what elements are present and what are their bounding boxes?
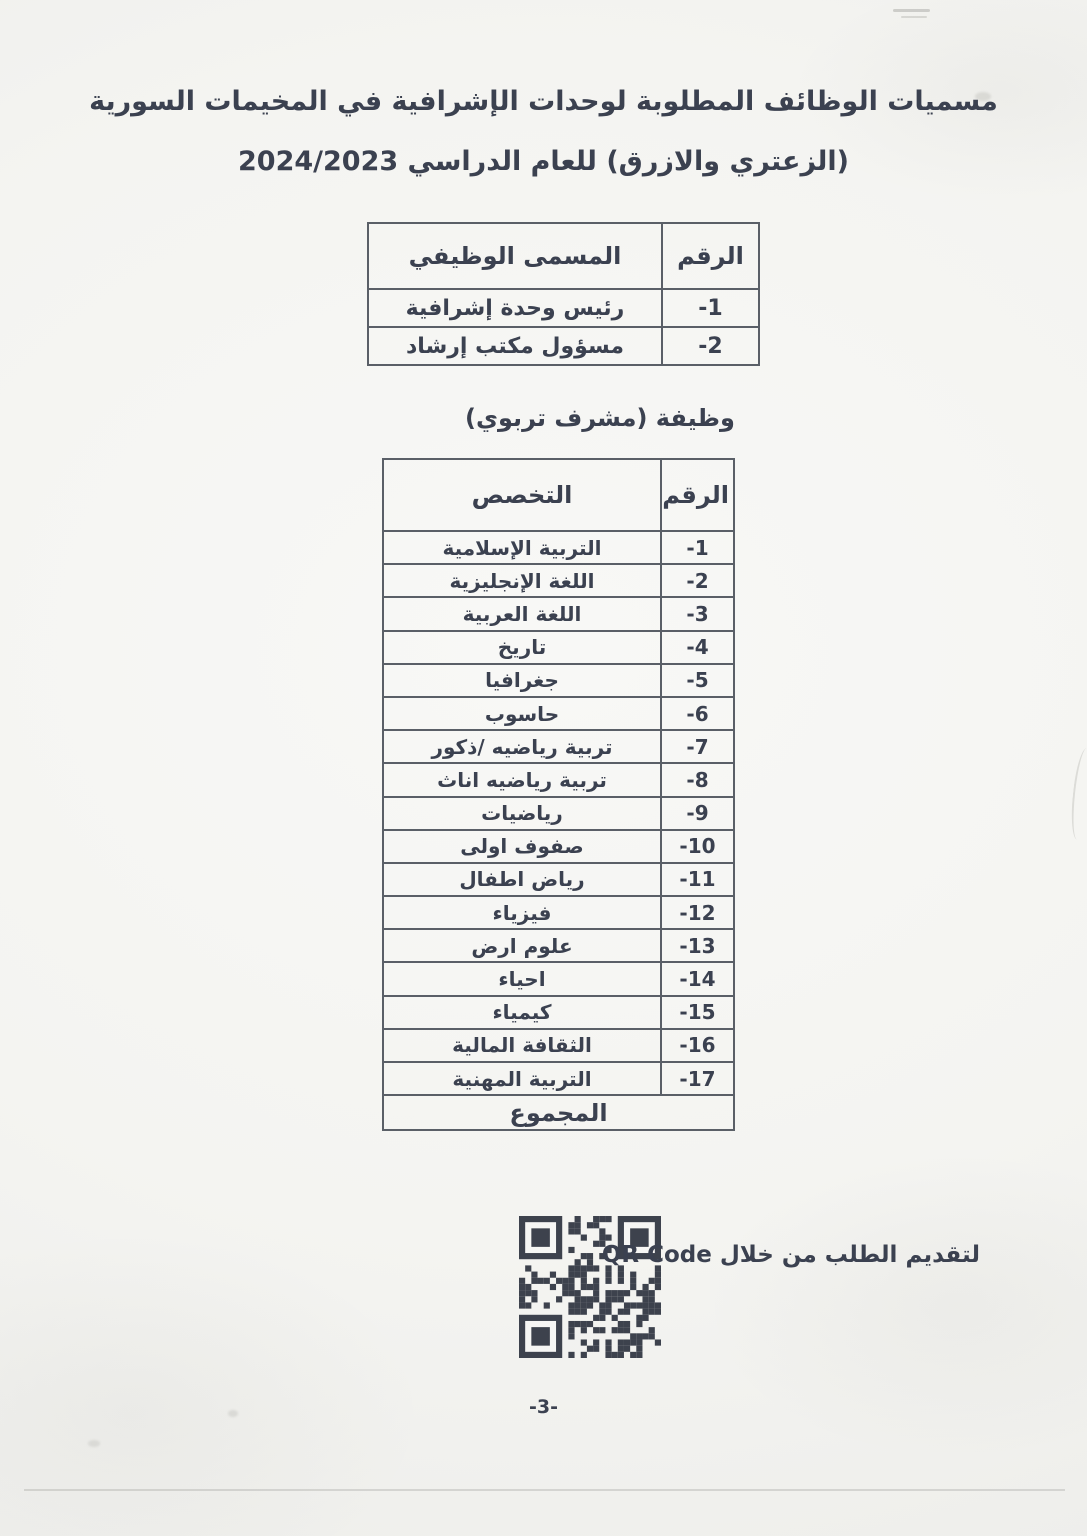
row-number-cell: -3 — [661, 597, 734, 630]
row-number: -5 — [686, 668, 708, 692]
scanned-document-page: مسميات الوظائف المطلوبة لوحدات الإشرافية… — [0, 0, 1087, 1536]
row-number: -12 — [679, 901, 715, 925]
row-number: -1 — [686, 536, 708, 560]
row-number: -7 — [686, 735, 708, 759]
document-title-line-1: مسميات الوظائف المطلوبة لوحدات الإشرافية… — [60, 72, 1027, 132]
specialties-table-header-row: الرقم التخصص — [383, 459, 734, 531]
scan-line-artifact — [24, 1489, 1065, 1491]
table-row: -16 الثقافة المالية — [383, 1029, 734, 1062]
row-number: -4 — [686, 635, 708, 659]
qr-instruction-label: لتقديم الطلب من خلال QR Code — [670, 1242, 980, 1268]
row-number: -6 — [686, 702, 708, 726]
table-row: -15 كيمياء — [383, 996, 734, 1029]
row-number-cell: -9 — [661, 797, 734, 830]
positions-table: الرقم المسمى الوظيفي -1 رئيس وحدة إشرافي… — [367, 222, 760, 366]
row-number: -2 — [686, 569, 708, 593]
row-number: -8 — [686, 768, 708, 792]
row-number: -1 — [698, 296, 722, 321]
table-row: -8 تربية رياضيه اناث — [383, 763, 734, 796]
row-number-cell: -2 — [661, 564, 734, 597]
table-row: -13 علوم ارض — [383, 929, 734, 962]
table-row: -7 تربية رياضيه /ذكور — [383, 730, 734, 763]
specialty-cell: التربية المهنية — [383, 1062, 661, 1095]
specialties-header-specialty: التخصص — [383, 459, 661, 531]
table-row: -14 احياء — [383, 962, 734, 995]
position-title-cell: رئيس وحدة إشرافية — [368, 289, 662, 327]
row-number-cell: -1 — [662, 289, 759, 327]
row-number: -11 — [679, 867, 715, 891]
specialty-cell: رياضيات — [383, 797, 661, 830]
specialty-cell: تاريخ — [383, 631, 661, 664]
table-row: -2 مسؤول مكتب إرشاد — [368, 327, 759, 365]
document-title-line-2: (الزعتري والازرق) للعام الدراسي 2024/202… — [60, 132, 1027, 192]
positions-header-number: الرقم — [662, 223, 759, 289]
total-row: المجموع — [383, 1095, 734, 1130]
scan-spot — [88, 1440, 100, 1447]
document-title: مسميات الوظائف المطلوبة لوحدات الإشرافية… — [60, 72, 1027, 192]
table-row: -11 رياض اطفال — [383, 863, 734, 896]
specialty-cell: تربية رياضيه اناث — [383, 763, 661, 796]
row-number: -3 — [686, 602, 708, 626]
row-number-cell: -8 — [661, 763, 734, 796]
row-number-cell: -2 — [662, 327, 759, 365]
page-number: -3- — [0, 1396, 1087, 1418]
specialty-cell: اللغة الإنجليزية — [383, 564, 661, 597]
row-number: -17 — [679, 1067, 715, 1091]
table-row: -1 رئيس وحدة إشرافية — [368, 289, 759, 327]
table-row: -6 حاسوب — [383, 697, 734, 730]
specialty-cell: فيزياء — [383, 896, 661, 929]
table-row: -17 التربية المهنية — [383, 1062, 734, 1095]
row-number-cell: -12 — [661, 896, 734, 929]
row-number-cell: -1 — [661, 531, 734, 564]
row-number: -16 — [679, 1033, 715, 1057]
specialties-header-number: الرقم — [661, 459, 734, 531]
specialty-cell: التربية الإسلامية — [383, 531, 661, 564]
table-row: -5 جغرافيا — [383, 664, 734, 697]
table-row: -3 اللغة العربية — [383, 597, 734, 630]
scan-curve-artifact — [1068, 747, 1087, 840]
row-number-cell: -11 — [661, 863, 734, 896]
specialty-cell: الثقافة المالية — [383, 1029, 661, 1062]
specialty-cell: رياض اطفال — [383, 863, 661, 896]
table-row: -4 تاريخ — [383, 631, 734, 664]
table-row: -12 فيزياء — [383, 896, 734, 929]
supervisor-section-heading: وظيفة (مشرف تربوي) — [455, 404, 745, 432]
specialty-cell: حاسوب — [383, 697, 661, 730]
table-row: -9 رياضيات — [383, 797, 734, 830]
row-number-cell: -17 — [661, 1062, 734, 1095]
row-number: -9 — [686, 801, 708, 825]
scan-smudge — [901, 16, 927, 18]
row-number: -10 — [679, 834, 715, 858]
row-number: -2 — [698, 334, 722, 359]
position-title-cell: مسؤول مكتب إرشاد — [368, 327, 662, 365]
positions-header-title: المسمى الوظيفي — [368, 223, 662, 289]
positions-table-header-row: الرقم المسمى الوظيفي — [368, 223, 759, 289]
row-number-cell: -14 — [661, 962, 734, 995]
row-number: -14 — [679, 967, 715, 991]
specialty-cell: احياء — [383, 962, 661, 995]
table-row: -1 التربية الإسلامية — [383, 531, 734, 564]
row-number-cell: -10 — [661, 830, 734, 863]
scan-smudge — [893, 9, 930, 12]
specialty-cell: اللغة العربية — [383, 597, 661, 630]
qr-code — [519, 1216, 661, 1358]
row-number-cell: -6 — [661, 697, 734, 730]
table-row: -2 اللغة الإنجليزية — [383, 564, 734, 597]
specialties-table: الرقم التخصص -1 التربية الإسلامية -2 الل… — [382, 458, 735, 1131]
row-number-cell: -4 — [661, 631, 734, 664]
specialty-cell: علوم ارض — [383, 929, 661, 962]
row-number-cell: -13 — [661, 929, 734, 962]
qr-code-icon — [519, 1216, 661, 1358]
row-number-cell: -16 — [661, 1029, 734, 1062]
row-number-cell: -5 — [661, 664, 734, 697]
specialty-cell: صفوف اولى — [383, 830, 661, 863]
row-number-cell: -15 — [661, 996, 734, 1029]
total-label: المجموع — [383, 1095, 734, 1130]
row-number: -13 — [679, 934, 715, 958]
specialty-cell: تربية رياضيه /ذكور — [383, 730, 661, 763]
row-number-cell: -7 — [661, 730, 734, 763]
specialty-cell: كيمياء — [383, 996, 661, 1029]
specialty-cell: جغرافيا — [383, 664, 661, 697]
table-row: -10 صفوف اولى — [383, 830, 734, 863]
row-number: -15 — [679, 1000, 715, 1024]
